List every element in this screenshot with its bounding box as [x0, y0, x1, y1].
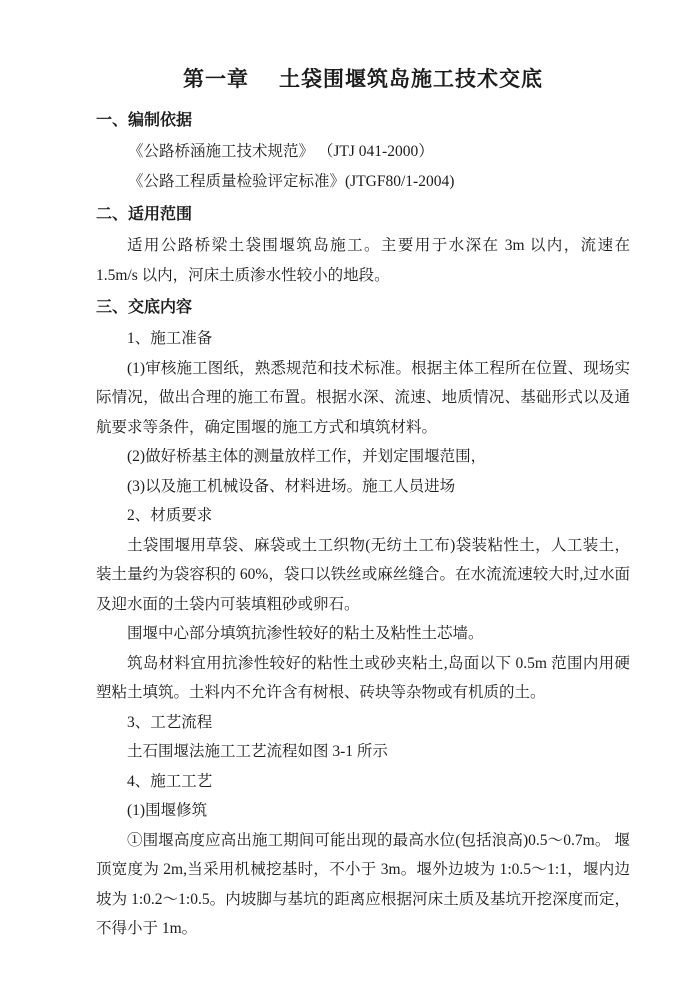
section-heading-disclosure-content: 三、交底内容: [96, 293, 630, 322]
subheading-material-requirements: 2、材质要求: [96, 501, 630, 531]
document-title: 第一章土袋围堰筑岛施工技术交底: [96, 62, 630, 96]
subsection-material-requirements: 2、材质要求 土袋围堰用草袋、麻袋或土工织物(无纺土工布)袋装粘性土，人工装土，…: [96, 501, 630, 708]
subsection-construction-preparation: 1、施工准备 (1)审核施工图纸，熟悉规范和技术标准。根据主体工程所在位置、现场…: [96, 324, 630, 501]
subheading-process-flow: 3、工艺流程: [96, 708, 630, 738]
paragraph-material-1: 土袋围堰用草袋、麻袋或土工织物(无纺土工布)袋装粘性土，人工装土，装土量约为袋容…: [96, 531, 630, 620]
section-disclosure-content: 三、交底内容 1、施工准备 (1)审核施工图纸，熟悉规范和技术标准。根据主体工程…: [96, 293, 630, 944]
section-heading-compilation-basis: 一、编制依据: [96, 106, 630, 135]
reference-item-1: 《公路桥涵施工技术规范》 （JTJ 041-2000）: [96, 137, 630, 167]
paragraph-prep-3: (3)以及施工机械设备、材料进场。施工人员进场: [96, 472, 630, 502]
subheading-construction-technique: 4、施工工艺: [96, 767, 630, 797]
paragraph-prep-1: (1)审核施工图纸，熟悉规范和技术标准。根据主体工程所在位置、现场实际情况，做出…: [96, 354, 630, 443]
paragraph-process-flow: 土石围堰法施工工艺流程如图 3-1 所示: [96, 737, 630, 767]
paragraph-cofferdam-construction-label: (1)围堰修筑: [96, 796, 630, 826]
subheading-construction-preparation: 1、施工准备: [96, 324, 630, 354]
paragraph-material-3: 筑岛材料宜用抗渗性较好的粘性土或砂夹粘土,岛面以下 0.5m 范围内用硬塑粘土填…: [96, 649, 630, 708]
paragraph-prep-2: (2)做好桥基主体的测量放样工作，并划定围堰范围，: [96, 442, 630, 472]
document-page: 第一章土袋围堰筑岛施工技术交底 一、编制依据 《公路桥涵施工技术规范》 （JTJ…: [0, 0, 700, 990]
paragraph-scope: 适用公路桥梁土袋围堰筑岛施工。主要用于水深在 3m 以内，流速在 1.5m/s …: [96, 231, 630, 290]
section-applicable-scope: 二、适用范围 适用公路桥梁土袋围堰筑岛施工。主要用于水深在 3m 以内，流速在 …: [96, 200, 630, 290]
section-compilation-basis: 一、编制依据 《公路桥涵施工技术规范》 （JTJ 041-2000） 《公路工程…: [96, 106, 630, 197]
section-heading-applicable-scope: 二、适用范围: [96, 200, 630, 229]
subsection-construction-technique: 4、施工工艺 (1)围堰修筑 ①围堰高度应高出施工期间可能出现的最高水位(包括浪…: [96, 767, 630, 944]
reference-item-2: 《公路工程质量检验评定标准》(JTGF80/1-2004): [96, 167, 630, 197]
subsection-process-flow: 3、工艺流程 土石围堰法施工工艺流程如图 3-1 所示: [96, 708, 630, 767]
chapter-number: 第一章: [183, 67, 249, 91]
paragraph-material-2: 围堰中心部分填筑抗渗性较好的粘土及粘性土芯墙。: [96, 619, 630, 649]
title-text: 土袋围堰筑岛施工技术交底: [279, 67, 543, 91]
paragraph-cofferdam-height-spec: ①围堰高度应高出施工期间可能出现的最高水位(包括浪高)0.5～0.7m。 堰顶宽…: [96, 826, 630, 944]
